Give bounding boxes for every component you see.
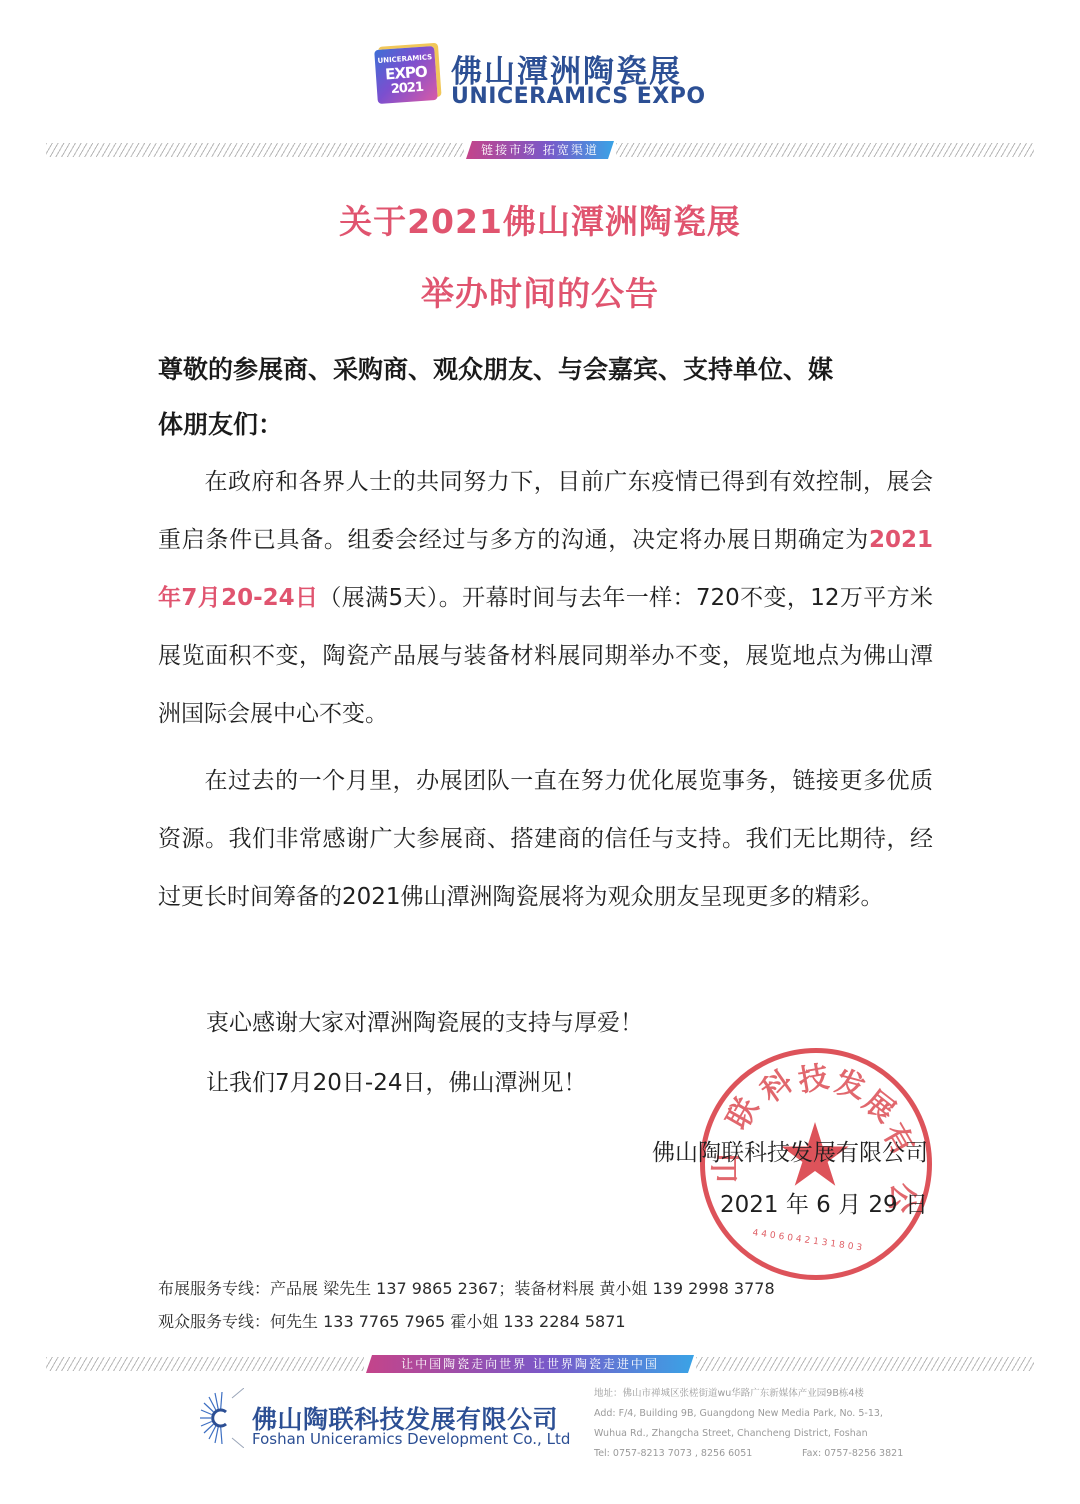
setup-service-hotline: 布展服务专线：产品展 梁先生 137 9865 2367；装备材料展 黄小姐 1… [158,1276,775,1299]
signature-date: 2021 年 6 月 29 日 [720,1186,928,1219]
announcement-title-line1: 关于2021佛山潭洲陶瓷展 [0,196,1080,243]
expo-logo-badge: UNICERAMICS EXPO 2021 [374,46,438,104]
thanks-line: 衷心感谢大家对潭洲陶瓷展的支持与厚爱！ [206,1004,643,1037]
paragraph-dates: 在政府和各界人士的共同努力下，目前广东疫情已得到有效控制，展会重启条件已具备。组… [158,453,933,743]
footer-company-en: Foshan Uniceramics Development Co., Ltd [252,1430,570,1448]
greeting-line2: 体朋友们： [158,397,928,452]
footer-slogan-banner: 让中国陶瓷走向世界 让世界陶瓷走进中国 [366,1355,694,1373]
para2-text: 在过去的一个月里，办展团队一直在努力优化展览事务，链接更多优质资源。我们非常感谢… [158,768,933,910]
footer-address-en-1: Add: F/4, Building 9B, Guangdong New Med… [594,1404,883,1424]
greeting: 尊敬的参展商、采购商、观众朋友、与会嘉宾、支持单位、媒 体朋友们： [158,342,928,452]
footer-fax: Fax: 0757-8256 3821 [802,1444,903,1464]
hatch-divider-right [696,1357,1034,1371]
hatch-divider-left [46,143,464,157]
paragraph-preparation: 在过去的一个月里，办展团队一直在努力优化展览事务，链接更多优质资源。我们非常感谢… [158,752,933,926]
greeting-line1: 尊敬的参展商、采购商、观众朋友、与会嘉宾、支持单位、媒 [158,342,928,397]
footer-tel: Tel: 0757-8213 7073 , 8256 6051 [594,1444,752,1464]
hatch-divider-right [616,143,1034,157]
signature-company: 佛山陶联科技发展有限公司 [652,1134,928,1167]
header-slogan-banner: 链接市场 拓宽渠道 [466,141,614,159]
hatch-divider-left [46,1357,364,1371]
para1-before: 在政府和各界人士的共同努力下，目前广东疫情已得到有效控制，展会重启条件已具备。组… [158,469,933,553]
see-you-line: 让我们7月20日-24日，佛山潭洲见！ [206,1064,586,1097]
footer-address-cn: 地址：佛山市禅城区张槎街道wu华路广东新媒体产业园9B栋4楼 [594,1384,864,1404]
announcement-title-line2: 举办时间的公告 [0,268,1080,315]
footer-address-en-2: Wuhua Rd., Zhangcha Street, Chancheng Di… [594,1424,868,1444]
logo-title-en: UNICERAMICS EXPO [451,84,706,109]
visitor-service-hotline: 观众服务专线：何先生 133 7765 7965 霍小姐 133 2284 58… [158,1309,626,1332]
company-logo-icon [196,1388,244,1448]
